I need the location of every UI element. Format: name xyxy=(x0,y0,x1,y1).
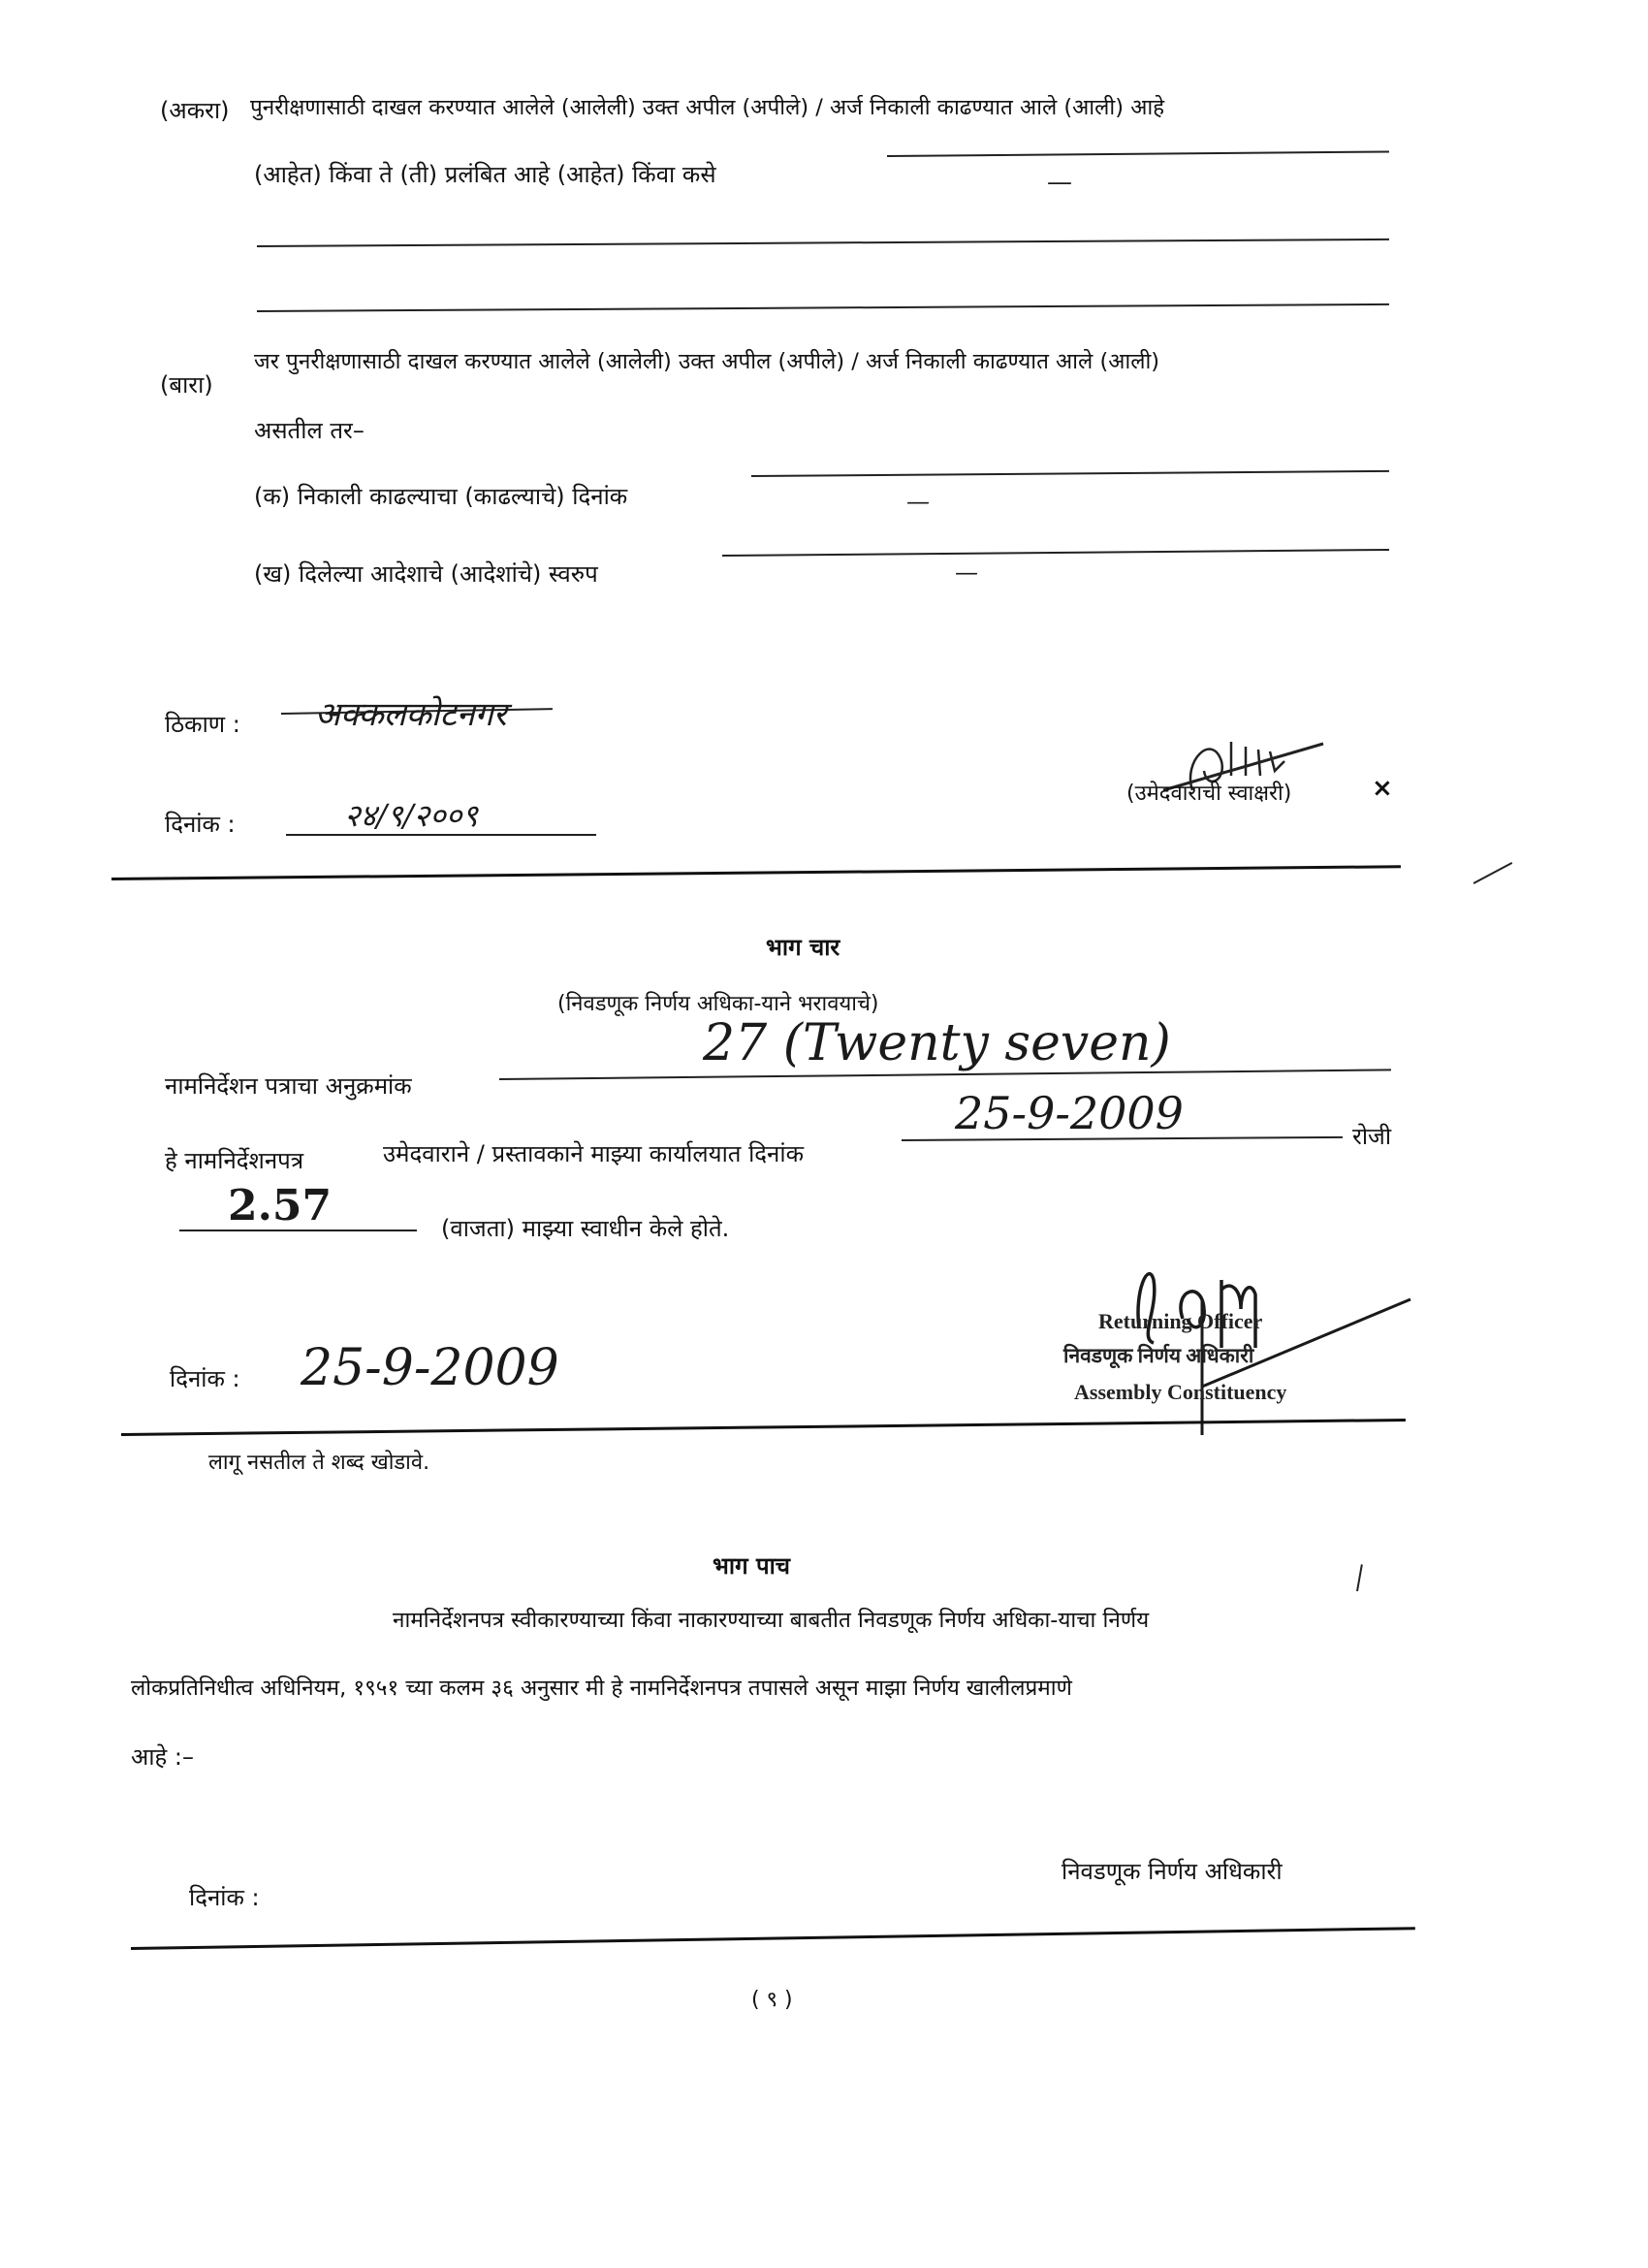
part-five-officer-label: निवडणूक निर्णय अधिकारी xyxy=(1062,1860,1283,1883)
signature-mark: × xyxy=(1372,776,1393,801)
ro-date-label: दिनांक : xyxy=(170,1367,240,1390)
stamp-line-3: Assembly Constituency xyxy=(1074,1382,1286,1403)
part-five-heading: भाग पाच xyxy=(713,1554,790,1578)
item-12-sub-a-line[interactable] xyxy=(751,470,1389,477)
date-value[interactable]: २४/९/२००९ xyxy=(344,800,478,831)
part-four-heading: भाग चार xyxy=(766,936,840,959)
received-date-value[interactable]: 25-9-2009 xyxy=(955,1091,1184,1135)
section-divider-1 xyxy=(111,865,1401,880)
part-five-subheading: नामनिर्देशनपत्र स्वीकारण्याच्या किंवा ना… xyxy=(393,1610,1149,1632)
part-five-body-line1: लोकप्रतिनिधीत्व अधिनियम, १९५१ च्या कलम ३… xyxy=(131,1677,1072,1700)
item-12-sub-a-answer[interactable]: — xyxy=(906,490,930,513)
place-value[interactable]: अक्कलकोटनगर xyxy=(315,698,507,731)
part-five-body-line2: आहे :– xyxy=(131,1745,194,1769)
time-value[interactable]: 2.57 xyxy=(228,1185,332,1228)
signature-caption: (उमेदवाराची स्वाक्षरी) xyxy=(1126,783,1291,805)
footnote: लागू नसतील ते शब्द खोडावे. xyxy=(208,1453,429,1474)
item-12-sub-b-label: (ख) दिलेल्या आदेशाचे (आदेशांचे) स्वरुप xyxy=(254,562,598,586)
received-suffix: रोजी xyxy=(1352,1125,1391,1148)
page-number: ( ९ ) xyxy=(751,1990,793,2011)
received-prefix: हे नामनिर्देशनपत्र xyxy=(165,1149,303,1172)
serial-label: नामनिर्देशन पत्राचा अनुक्रमांक xyxy=(165,1074,412,1098)
serial-value[interactable]: 27 (Twenty seven) xyxy=(703,1018,1171,1069)
item-11-blank-line-2[interactable] xyxy=(257,303,1389,312)
item-12-line2: असतील तर– xyxy=(254,419,364,442)
section-divider-3 xyxy=(131,1927,1415,1950)
part-five-date-label: दिनांक : xyxy=(189,1886,260,1909)
date-label: दिनांक : xyxy=(165,813,236,836)
stamp-line-2: निवडणूक निर्णय अधिकारी xyxy=(1063,1346,1253,1366)
part-four-subheading: (निवडणूक निर्णय अधिका-याने भरावयाचे) xyxy=(557,994,879,1015)
item-11-line2: (आहेत) किंवा ते (ती) प्रलंबित आहे (आहेत)… xyxy=(254,163,716,186)
item-12-sub-a-label: (क) निकाली काढल्याचा (काढल्याचे) दिनांक xyxy=(254,485,627,508)
item-11-label: (अकरा) xyxy=(160,99,230,122)
item-12-line1: जर पुनरीक्षणासाठी दाखल करण्यात आलेले (आल… xyxy=(254,351,1159,373)
time-suffix: (वाजता) माझ्या स्वाधीन केले होते. xyxy=(441,1217,729,1240)
ro-date-value[interactable]: 25-9-2009 xyxy=(301,1343,559,1393)
item-11-line1: पुनरीक्षणासाठी दाखल करण्यात आलेले (आलेली… xyxy=(250,97,1164,119)
place-label: ठिकाण : xyxy=(165,713,240,736)
date-underline xyxy=(286,834,596,836)
item-11-answer[interactable]: — xyxy=(1047,170,1072,195)
stray-mark xyxy=(1474,862,1513,884)
item-12-sub-b-line[interactable] xyxy=(722,549,1389,557)
item-12-label: (बारा) xyxy=(160,373,213,397)
item-11-blank-line-1[interactable] xyxy=(257,239,1389,247)
item-11-answer-line[interactable] xyxy=(887,150,1389,157)
received-mid: उमेदवाराने / प्रस्तावकाने माझ्या कार्याल… xyxy=(383,1142,804,1166)
item-12-sub-b-answer[interactable]: — xyxy=(955,560,978,584)
stray-mark-2 xyxy=(1356,1564,1363,1591)
stamp-line-1: Returning Officer xyxy=(1098,1311,1262,1332)
